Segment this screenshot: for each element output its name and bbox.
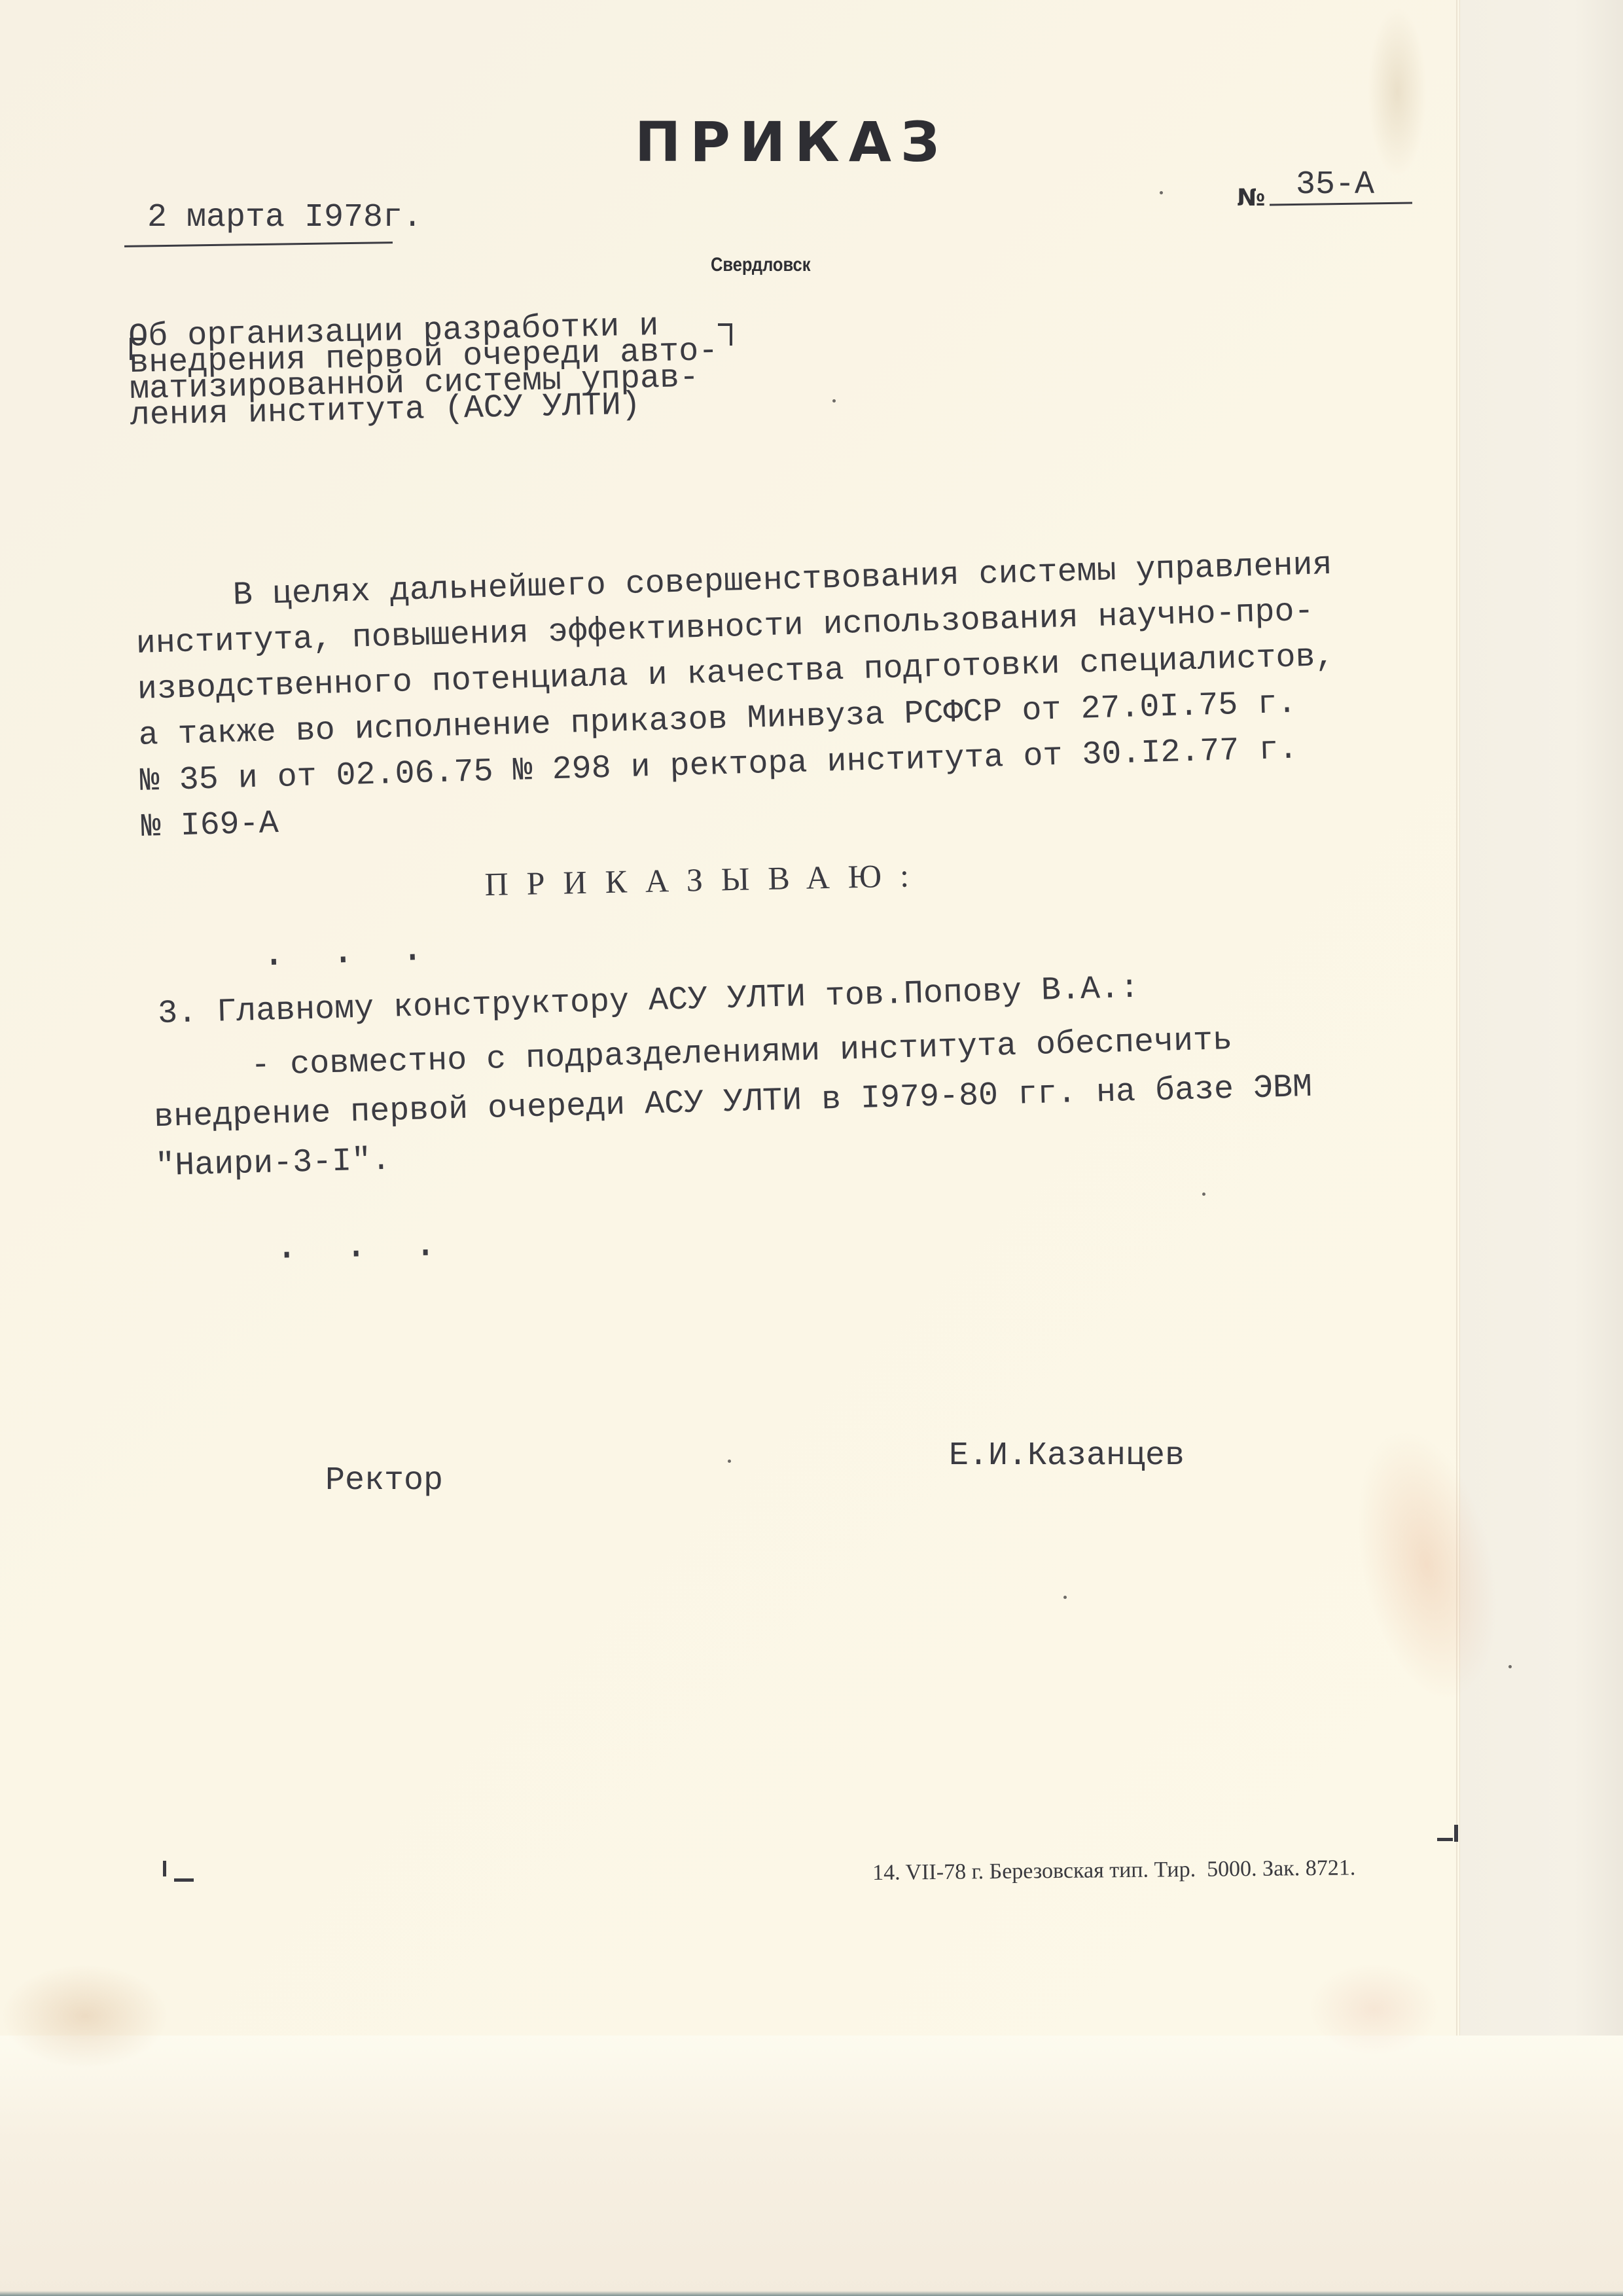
paper-stain [0,1964,170,2068]
corner-mark [174,1878,194,1882]
signatory-role: Ректор [325,1465,443,1498]
order-number: 35-А [1296,169,1374,202]
paper-speck [832,399,836,403]
paper-speck [728,1460,731,1463]
omission-marker: ... [261,925,471,977]
corner-mark [163,1861,166,1876]
paper-stain [1368,7,1427,177]
paper-speck [1063,1596,1067,1599]
omission-marker: ... [274,1222,483,1270]
paper-edge-strip [1459,0,1623,2036]
printer-imprint: 14. VII-78 г. Березовская тип. Тир. 5000… [872,1856,1355,1886]
signatory-name: Е.И.Казанцев [949,1440,1185,1473]
paper-stain [1309,1964,1440,2055]
underlying-sheet [0,2036,1623,2296]
order-date: 2 марта I978г. [147,202,422,234]
preamble-paragraph: В целях дальнейшего совершенствования си… [134,541,1418,851]
scan-bottom-shadow [0,2291,1623,2296]
number-label: № [1237,185,1265,211]
paper-speck [1160,191,1163,194]
corner-mark [1437,1838,1453,1841]
paper-speck [1508,1665,1512,1668]
paper-fold-line [1456,0,1457,2036]
order-subject: Об организации разработки и внедрения пе… [128,311,772,429]
corner-mark [1454,1825,1458,1842]
paper-speck [1202,1193,1205,1196]
form-title: ПРИКАЗ [635,110,949,174]
order-item: 3. Главному конструктору АСУ УЛТИ тов.По… [157,952,1406,1191]
city-label: Свердловск [711,254,810,276]
